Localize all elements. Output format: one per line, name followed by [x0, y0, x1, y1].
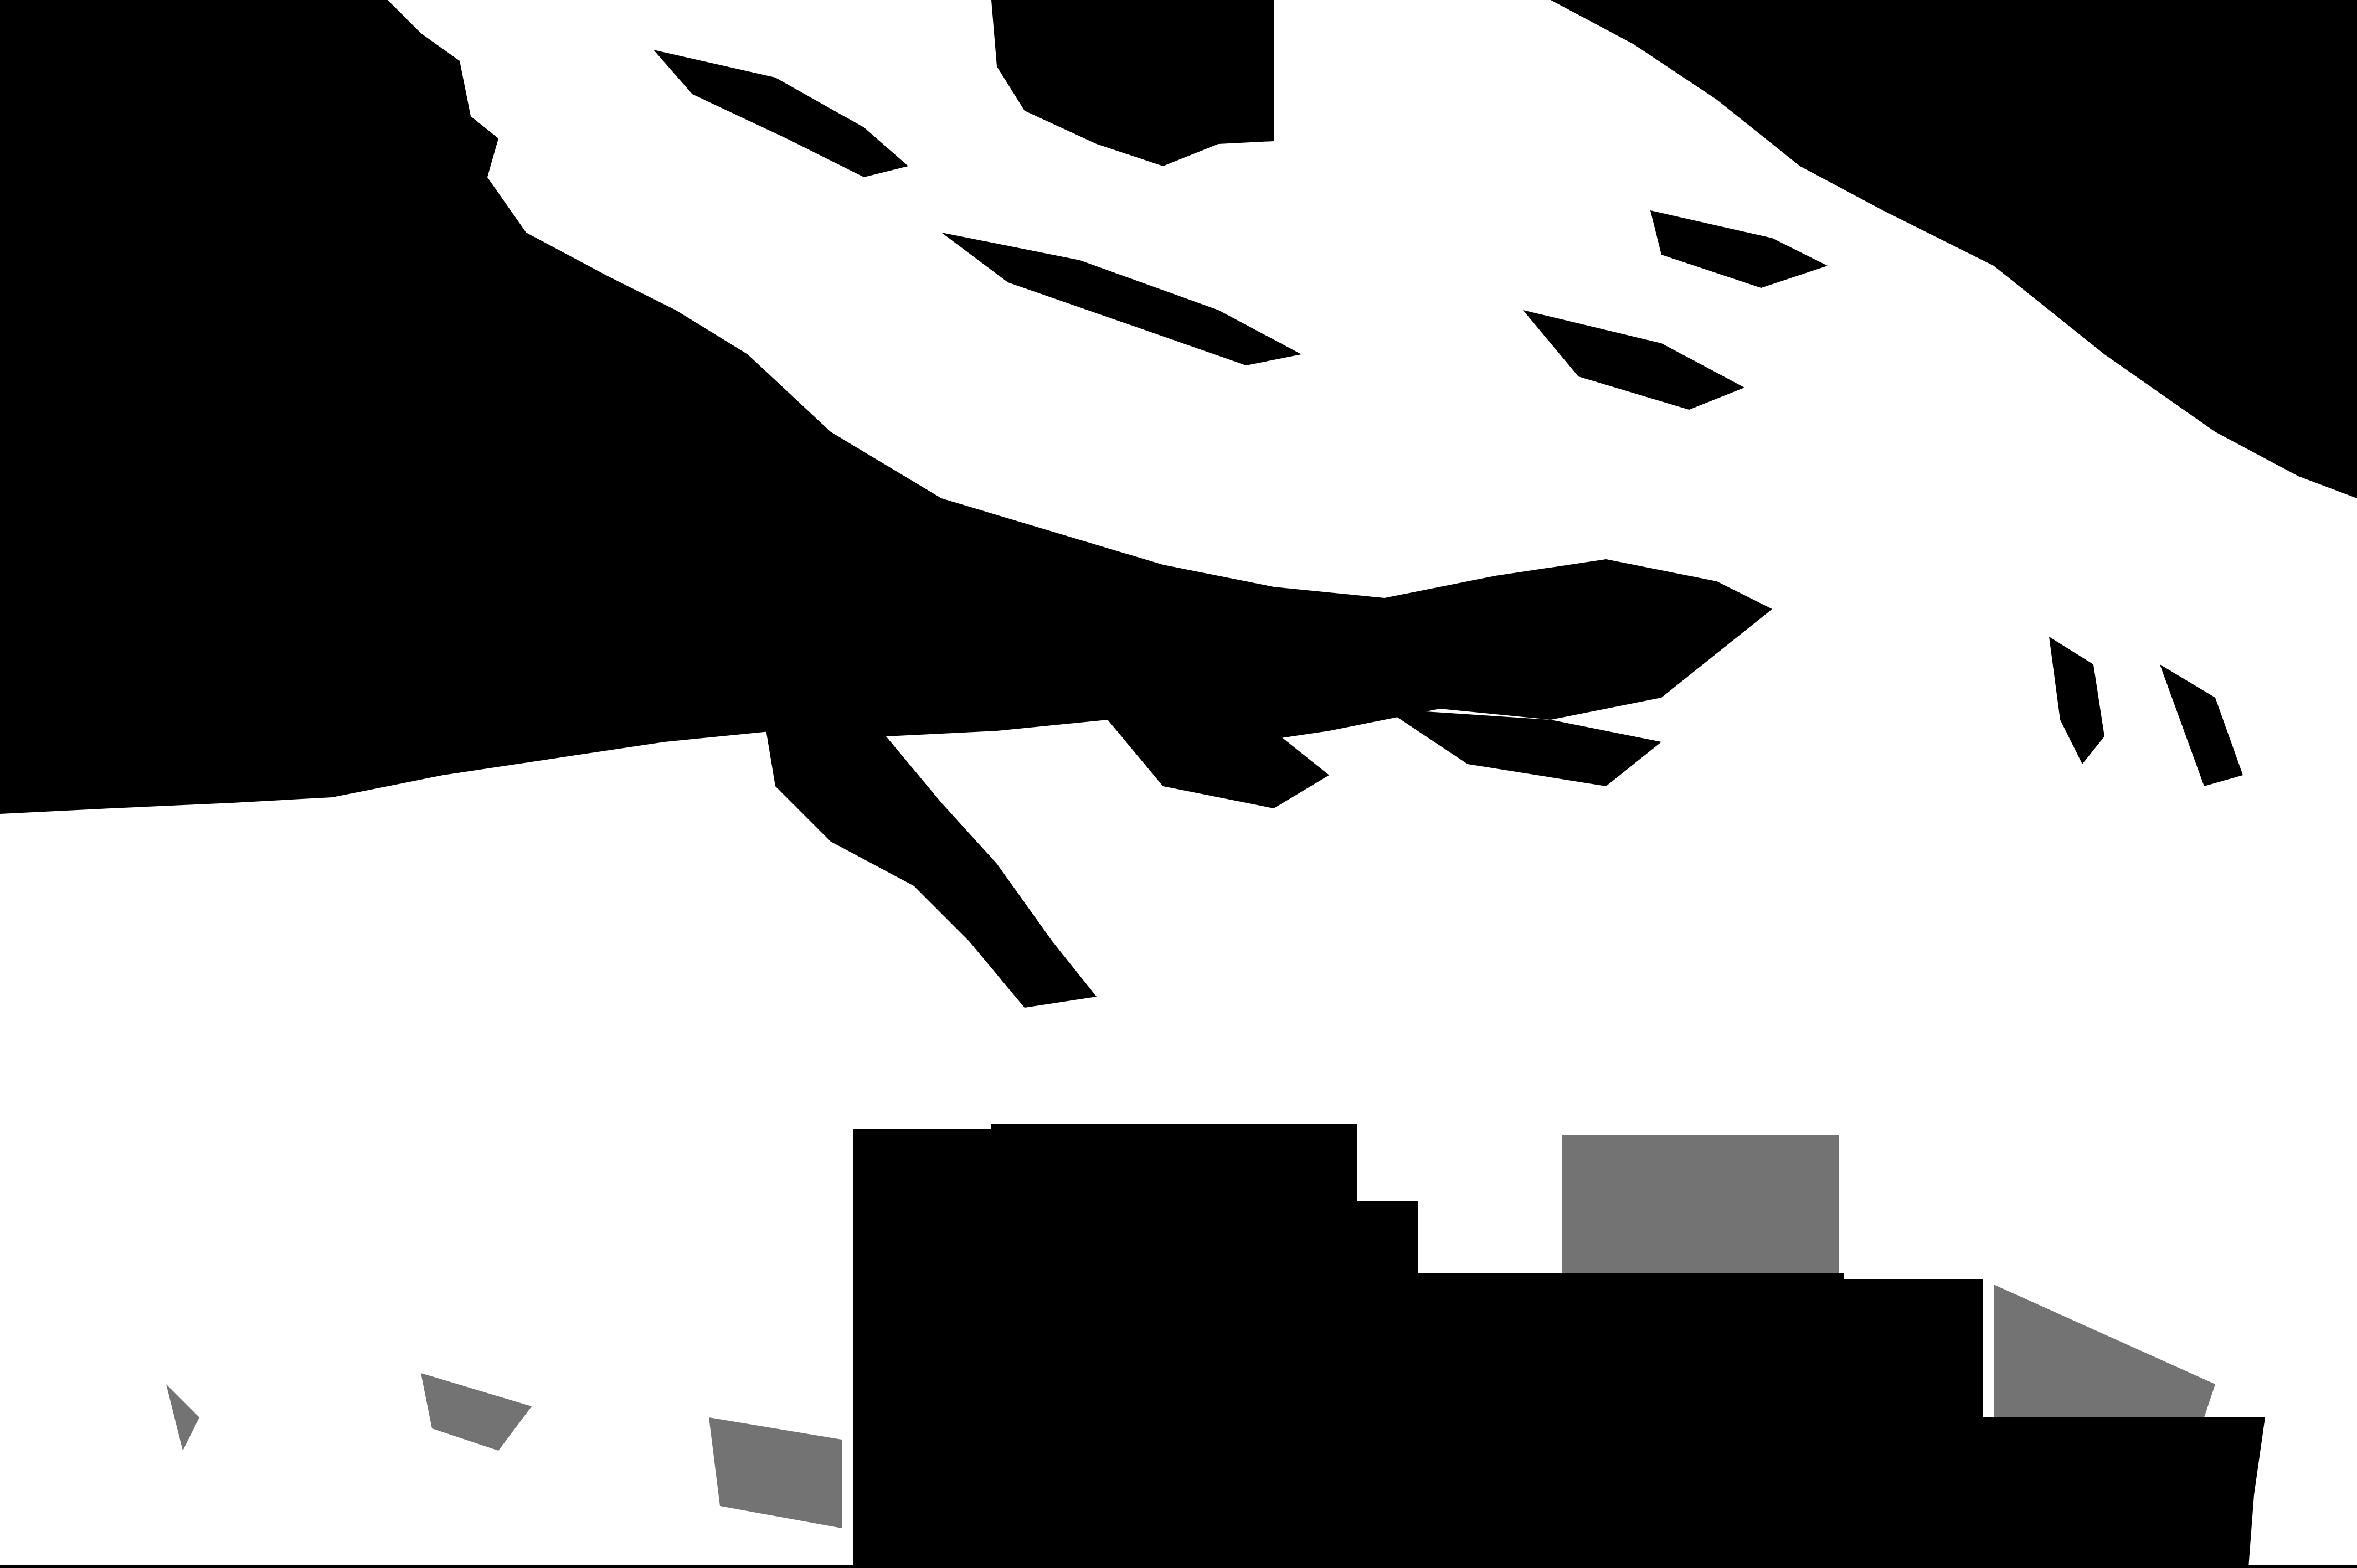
bottom-edge-line [0, 1565, 2357, 1568]
thresholded-landscape-photo [0, 0, 2357, 1568]
